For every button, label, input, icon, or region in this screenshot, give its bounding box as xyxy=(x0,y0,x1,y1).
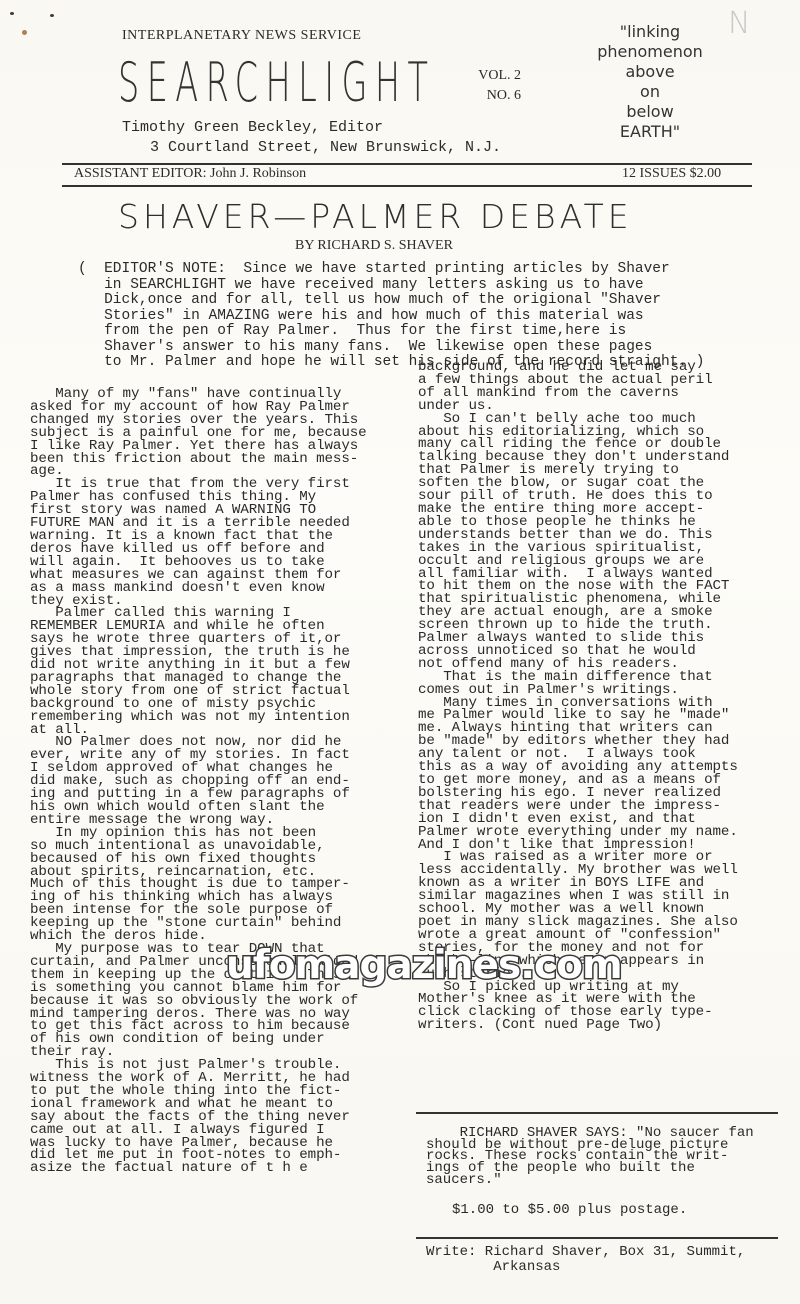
editor-name: Timothy Green Beckley, Editor xyxy=(122,118,501,138)
handwritten-note: "linking phenomenon above on below EARTH… xyxy=(595,22,705,142)
ad-contact: Write: Richard Shaver, Box 31, Summit, A… xyxy=(426,1245,754,1275)
note-line: below xyxy=(595,102,705,122)
ad-divider-bottom xyxy=(416,1237,778,1239)
newsletter-page: INTERPLANETARY NEWS SERVICE SEARCHLIGHT … xyxy=(0,0,800,1304)
article-headline: SHAVER—PALMER DEBATE xyxy=(118,197,633,236)
editors-note: ( EDITOR'S NOTE: Since we have started p… xyxy=(78,262,768,371)
advertisement-box: RICHARD SHAVER SAYS: "No saucer fan shou… xyxy=(426,1116,754,1299)
subscription-bar: ASSISTANT EDITOR: John J. Robinson 12 IS… xyxy=(62,164,752,186)
article-byline: BY RICHARD S. SHAVER xyxy=(295,238,453,254)
corner-mark: N xyxy=(728,6,750,41)
divider xyxy=(62,185,752,187)
note-line: "linking xyxy=(595,22,705,42)
subscription-price: 12 ISSUES $2.00 xyxy=(622,166,721,182)
ad-text: RICHARD SHAVER SAYS: "No saucer fan shou… xyxy=(426,1125,754,1188)
note-line: phenomenon xyxy=(595,42,705,62)
watermark: ufomagazines.com xyxy=(226,943,622,988)
note-line: EARTH" xyxy=(595,122,705,142)
volume-info: VOL. 2 NO. 6 xyxy=(461,66,521,106)
article-column-left: Many of my "fans" have continually asked… xyxy=(30,388,405,1175)
service-name: INTERPLANETARY NEWS SERVICE xyxy=(122,28,361,44)
editor-address: 3 Courtland Street, New Brunswick, N.J. xyxy=(122,138,501,158)
assistant-editor: ASSISTANT EDITOR: John J. Robinson xyxy=(74,166,306,182)
issue-number: NO. 6 xyxy=(461,86,521,106)
editor-block: Timothy Green Beckley, Editor 3 Courtlan… xyxy=(122,118,501,158)
volume-number: VOL. 2 xyxy=(461,66,521,86)
ad-divider-top xyxy=(416,1112,778,1114)
note-line: on xyxy=(595,82,705,102)
ad-price: $1.00 to $5.00 plus postage. xyxy=(426,1203,754,1218)
article-column-right: background, and he did let me say a few … xyxy=(418,361,798,1032)
publication-title: SEARCHLIGHT xyxy=(118,56,435,110)
note-line: above xyxy=(595,62,705,82)
